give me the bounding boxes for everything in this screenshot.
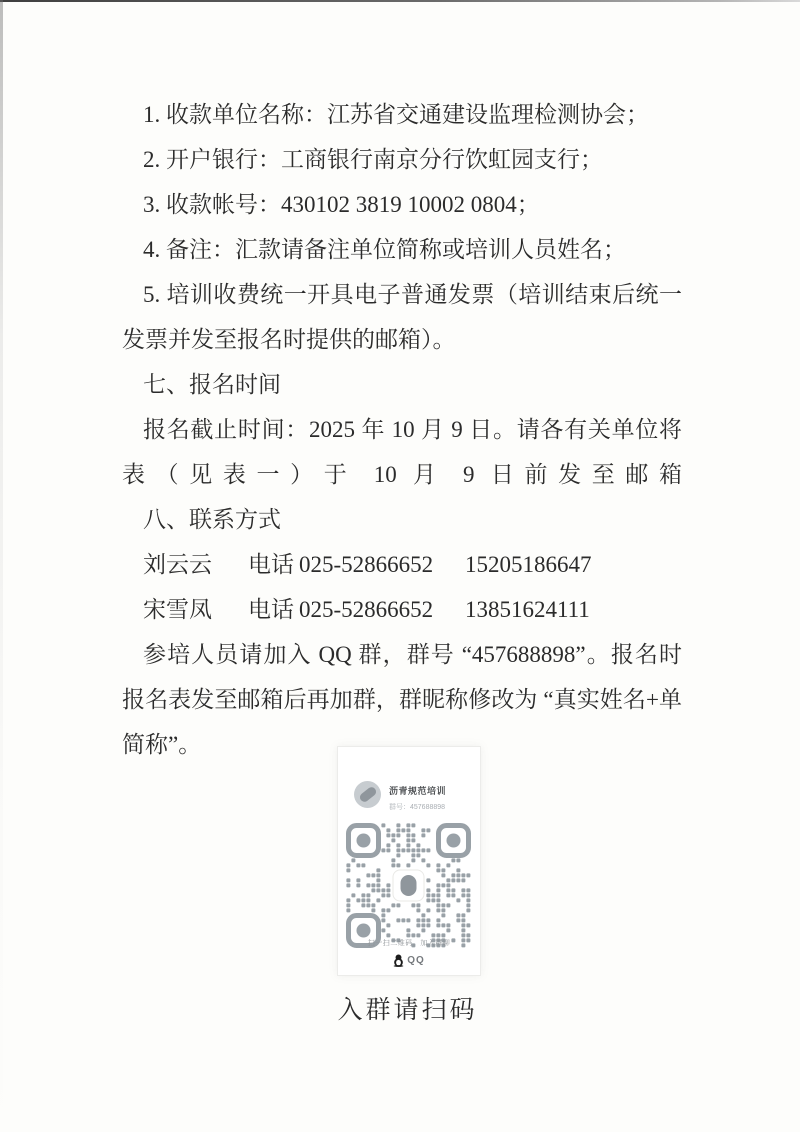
document-body: 1. 收款单位名称：江苏省交通建设监理检测协会； 2. 开户银行：工商银行南京分… [122, 92, 682, 767]
avatar-image-blob [358, 785, 378, 803]
contact-phone: 025-52866652 [299, 542, 433, 587]
qr-card-footer: 扫一扫二维码，加入群聊 QQ [338, 938, 480, 967]
qq-group-qr-card: 沥青规范培训 群号：457688898 扫一扫二维码，加入群聊 QQ [337, 746, 481, 976]
invoice-line-2: 发票并发至报名时提供的邮箱）。 [122, 317, 682, 362]
contact-mobile: 15205186647 [465, 542, 592, 587]
scan-edge-artifact-top [0, 0, 800, 2]
qq-group-line-2: 报名表发至邮箱后再加群，群昵称修改为 “真实姓名+单位 [122, 677, 682, 722]
bank-line: 2. 开户银行：工商银行南京分行饮虹园支行； [122, 137, 682, 182]
deadline-line-1: 报名截止时间：2025 年 10 月 9 日。请各有关单位将报名 [122, 407, 682, 452]
contact-name: 刘云云 [143, 542, 212, 587]
invoice-line-1: 5. 培训收费统一开具电子普通发票（培训结束后统一开具 [122, 272, 682, 317]
scan-hint-text: 扫一扫二维码，加入群聊 [338, 938, 480, 948]
payee-name-line: 1. 收款单位名称：江苏省交通建设监理检测协会； [122, 92, 682, 137]
qq-group-line-1: 参培人员请加入 QQ 群，群号 “457688898”。报名时先将 [122, 632, 682, 677]
contact-phone: 025-52866652 [299, 587, 433, 632]
contact-mobile: 13851624111 [465, 587, 590, 632]
scan-to-join-caption: 入群请扫码 [295, 990, 520, 1026]
qr-card-header: 沥青规范培训 群号：457688898 [354, 781, 472, 812]
remark-line: 4. 备注：汇款请备注单位简称或培训人员姓名； [122, 227, 682, 272]
group-number: 群号：457688898 [389, 802, 446, 812]
qq-penguin-icon [393, 954, 404, 967]
group-name: 沥青规范培训 [389, 784, 446, 797]
contact-name: 宋雪凤 [143, 587, 212, 632]
section-heading-8: 八、联系方式 [122, 497, 682, 542]
scan-edge-artifact-left [0, 0, 3, 1132]
contact-row-2: 宋雪凤 电话 025-52866652 13851624111 [122, 587, 682, 632]
group-avatar [354, 781, 381, 808]
qr-code [346, 823, 471, 948]
contact-phone-label: 电话 [248, 587, 294, 632]
qq-wordmark: QQ [407, 955, 425, 966]
contact-row-1: 刘云云 电话 025-52866652 15205186647 [122, 542, 682, 587]
section-heading-7: 七、报名时间 [122, 362, 682, 407]
contact-phone-label: 电话 [248, 542, 294, 587]
deadline-line-2: 表（见表一）于 10 月 9 日前发至邮箱（489508515@qq.com）。 [122, 452, 682, 497]
account-number-line: 3. 收款帐号：430102 3819 10002 0804； [122, 182, 682, 227]
